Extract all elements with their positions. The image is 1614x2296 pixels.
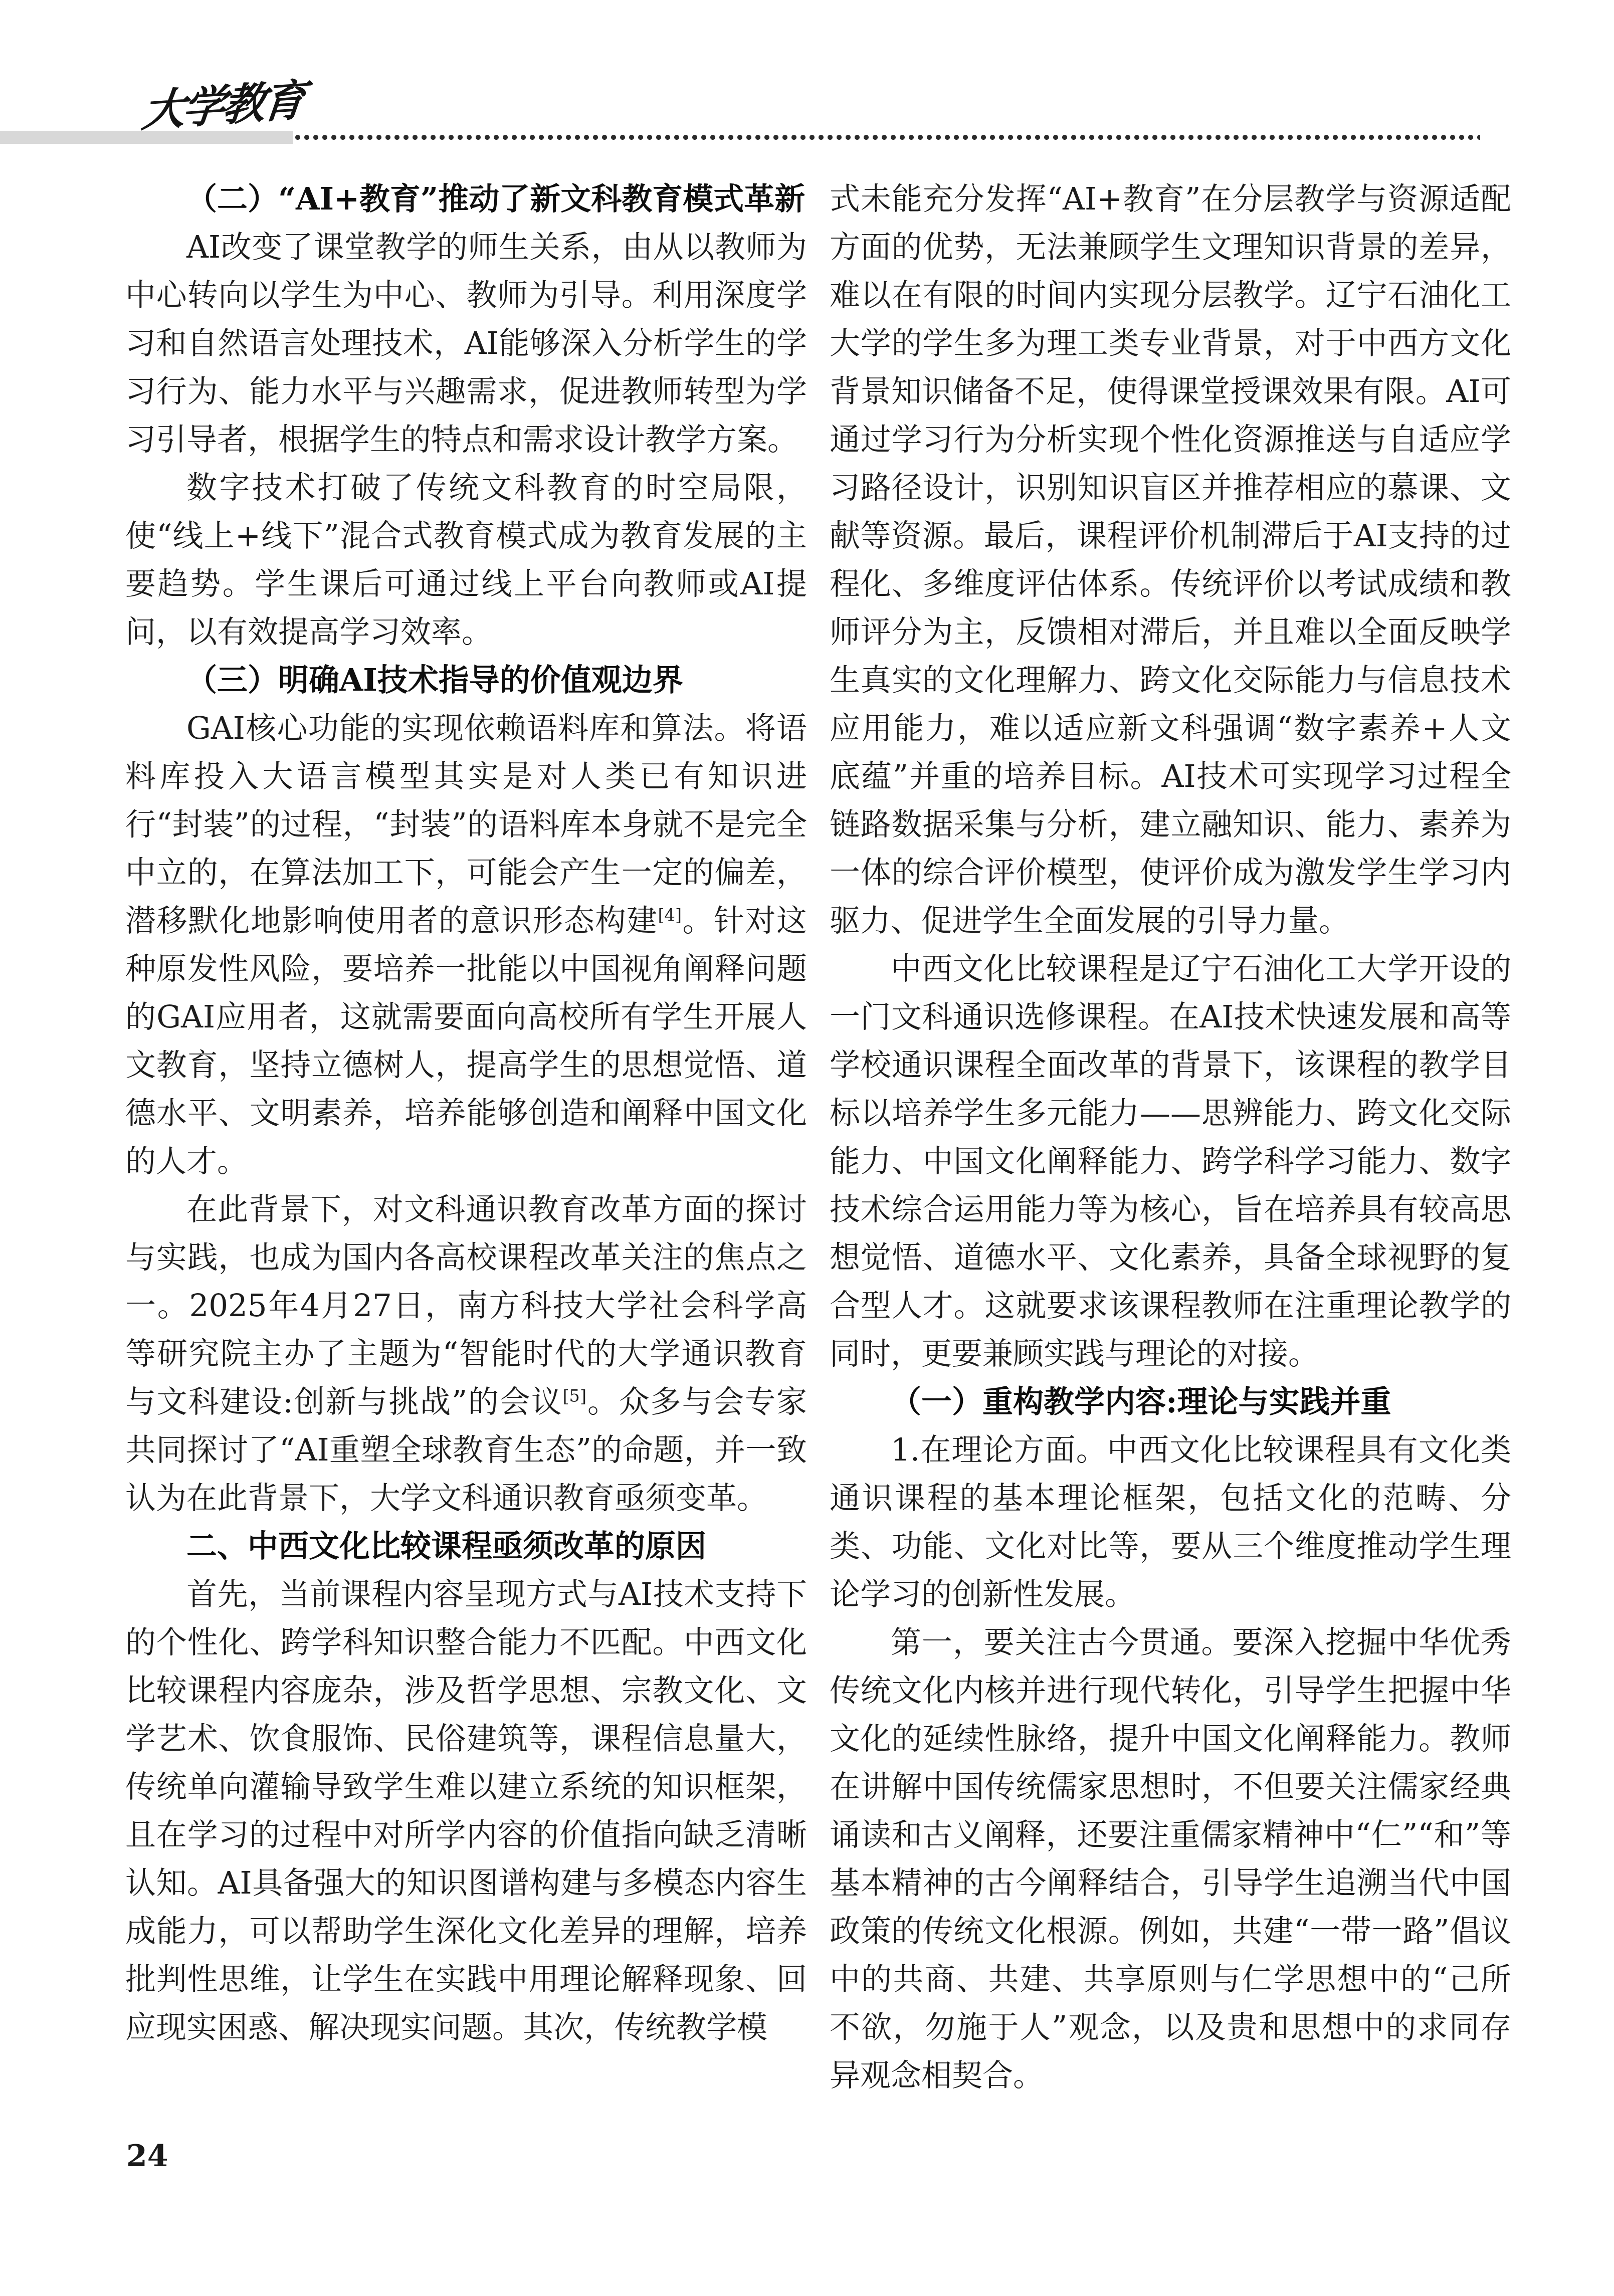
paragraph: 数字技术打破了传统文科教育的时空局限，使“线上+线下”混合式教育模式成为教育发展… [125,464,807,657]
section-heading: （二）“AI+教育”推动了新文科教育模式革新 [125,175,807,224]
paragraph: GAI核心功能的实现依赖语料库和算法。将语料库投入大语言模型其实是对人类已有知识… [125,705,807,1186]
header-rule [0,131,1614,144]
right-column: 式未能充分发挥“AI+教育”在分层教学与资源适配方面的优势，无法兼顾学生文理知识… [830,175,1511,2100]
section-heading: （一）重构教学内容:理论与实践并重 [830,1378,1511,1426]
paragraph: 1.在理论方面。中西文化比较课程具有文化类通识课程的基本理论框架，包括文化的范畴… [830,1426,1511,1619]
header-gray-bar [0,131,293,144]
header-dotted-line [293,131,1480,144]
paragraph: 式未能充分发挥“AI+教育”在分层教学与资源适配方面的优势，无法兼顾学生文理知识… [830,175,1511,945]
paragraph: AI改变了课堂教学的师生关系，由从以教师为中心转向以学生为中心、教师为引导。利用… [125,224,807,464]
paragraph: 中西文化比较课程是辽宁石油化工大学开设的一门文科通识选修课程。在AI技术快速发展… [830,945,1511,1378]
paragraph: 首先，当前课程内容呈现方式与AI技术支持下的个性化、跨学科知识整合能力不匹配。中… [125,1571,807,2052]
page-number: 24 [126,2141,168,2171]
section-heading: 二、中西文化比较课程亟须改革的原因 [125,1523,807,1571]
paragraph: 在此背景下，对文科通识教育改革方面的探讨与实践，也成为国内各高校课程改革关注的焦… [125,1186,807,1523]
paragraph: 第一，要关注古今贯通。要深入挖掘中华优秀传统文化内核并进行现代转化，引导学生把握… [830,1619,1511,2100]
section-heading: （三）明确AI技术指导的价值观边界 [125,657,807,705]
left-column: （二）“AI+教育”推动了新文科教育模式革新AI改变了课堂教学的师生关系，由从以… [125,175,807,2052]
